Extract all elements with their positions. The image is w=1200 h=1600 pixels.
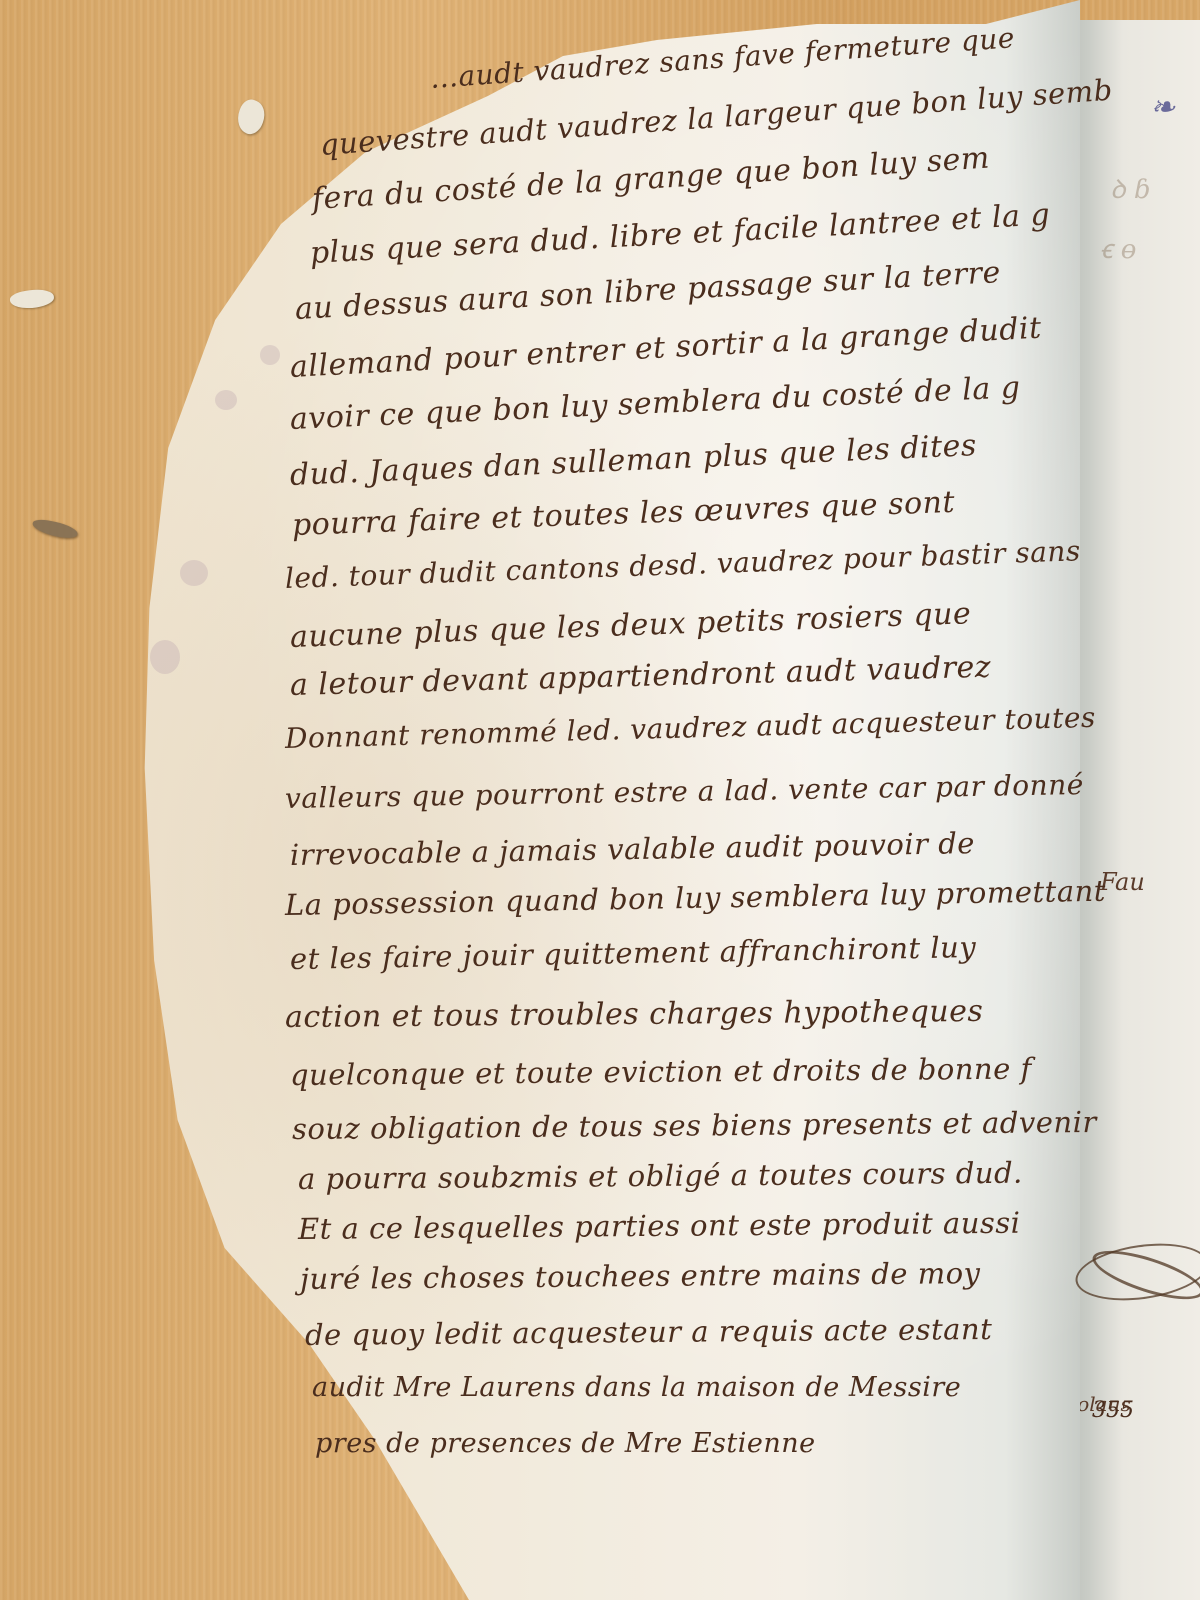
text-line: audit Mre Laurens dans la maison de Mess…	[312, 1372, 961, 1403]
text-line: pourra faire et toutes les œuvres que so…	[291, 485, 955, 543]
text-line: a letour devant appartiendront audt vaud…	[290, 650, 992, 703]
text-line: irrevocable a jamais valable audit pouvo…	[290, 826, 975, 872]
text-line: …audt vaudrez sans fave fermeture que	[429, 21, 1016, 95]
text-line: Et a ce lesquelles parties ont este prod…	[298, 1206, 1021, 1246]
handwritten-text: …audt vaudrez sans fave fermeture que qu…	[0, 0, 1200, 1600]
text-line: led. tour dudit cantons desd. vaudrez po…	[284, 534, 1081, 595]
text-line: action et tous troubles charges hypotheq…	[285, 994, 984, 1035]
text-line: souz obligation de tous ses biens presen…	[292, 1105, 1097, 1146]
folio-number: 355	[1092, 1398, 1134, 1423]
text-line: de quoy ledit acquesteur a requis acte e…	[305, 1312, 993, 1352]
text-line: a pourra soubzmis et obligé a toutes cou…	[298, 1156, 1023, 1196]
text-line: quelconque et toute eviction et droits d…	[290, 1052, 1032, 1092]
text-line: aucune plus que les deux petits rosiers …	[289, 596, 971, 655]
text-line: avoir ce que bon luy semblera du costé d…	[289, 370, 1021, 437]
text-line: juré les choses touchees entre mains de …	[300, 1256, 981, 1296]
text-line: Donnant renommé led. vaudrez audt acques…	[285, 701, 1097, 755]
text-line: La possession quand bon luy semblera luy…	[285, 874, 1106, 922]
text-line: pres de presences de Mre Estienne	[315, 1428, 816, 1459]
text-line: valleurs que pourront estre a lad. vente…	[285, 768, 1084, 815]
text-line: et les faire jouir quittement affranchir…	[290, 930, 977, 976]
text-line: dud. Jaques dan sulleman plus que les di…	[289, 428, 977, 493]
